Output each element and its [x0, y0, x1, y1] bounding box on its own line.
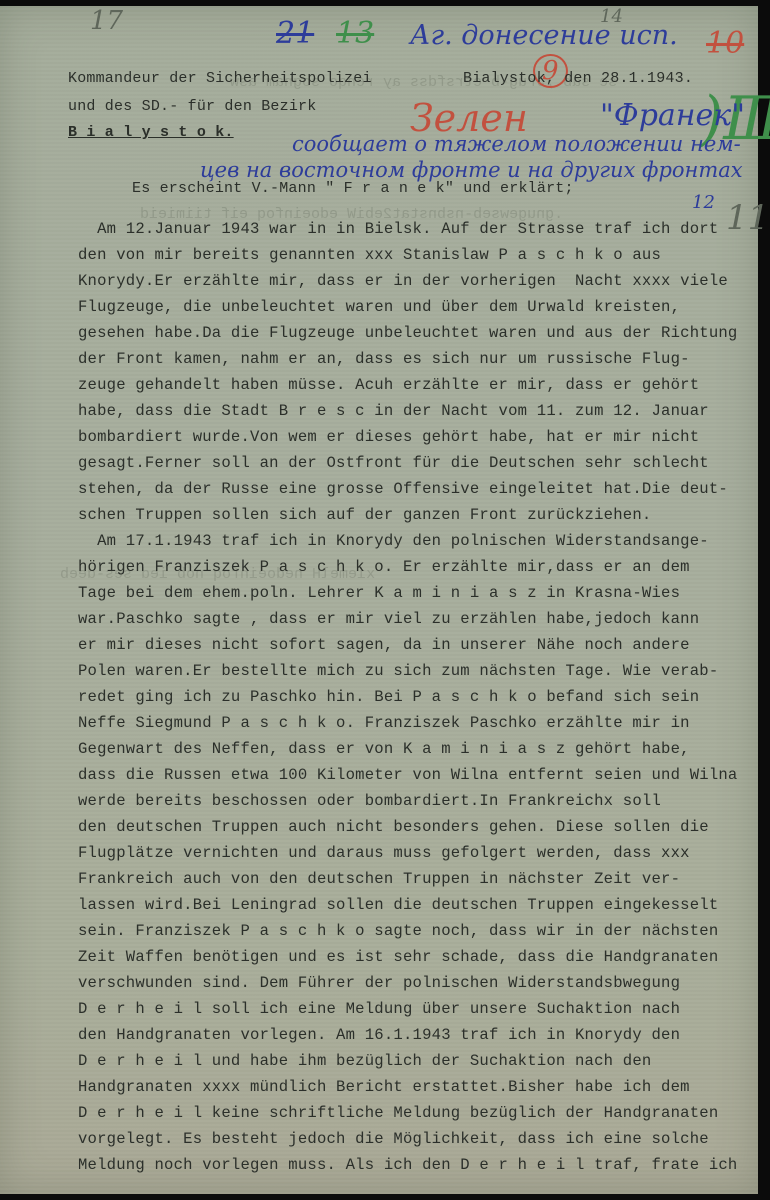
- body-line: werde bereits beschossen oder bombardier…: [78, 792, 661, 810]
- handwritten-agent-name: "Франек": [600, 98, 745, 133]
- document-page: se sab ,Jrug-b etrsfdss ay renqo sognam …: [0, 6, 758, 1194]
- body-line: bombardiert wurde.Von wem er dieses gehö…: [78, 428, 699, 446]
- body-line: Am 12.Januar 1943 war in in Bielsk. Auf …: [78, 220, 718, 238]
- body-line: gesehen habe.Da die Flugzeuge unbeleucht…: [78, 324, 738, 342]
- body-line: Gegenwart des Neffen, dass er von K a m …: [78, 740, 690, 758]
- body-line: vorgelegt. Es besteht jedoch die Möglich…: [78, 1130, 709, 1148]
- body-line: hörigen Franziszek P a s c h k o. Er erz…: [78, 558, 690, 576]
- body-line: gesagt.Ferner soll an der Ostfront für d…: [78, 454, 709, 472]
- body-line: D e r h e i l und habe ihm bezüglich der…: [78, 1052, 651, 1070]
- margin-number-11: 11: [726, 198, 769, 238]
- body-line: Handgranaten xxxx mündlich Bericht ersta…: [78, 1078, 690, 1096]
- sender-line-1: Kommandeur der Sicherheitspolizei: [68, 70, 372, 87]
- body-line: Knorydy.Er erzählte mir, dass er in der …: [78, 272, 728, 290]
- body-line: Neffe Siegmund P a s c h k o. Franziszek…: [78, 714, 690, 732]
- margin-number-12: 12: [692, 192, 715, 213]
- body-line: Am 17.1.1943 traf ich in Knorydy den pol…: [78, 532, 709, 550]
- body-line: Flugzeuge, die unbeleuchtet waren und üb…: [78, 298, 680, 316]
- red-crossed-number: 10: [706, 26, 744, 61]
- body-line: sein. Franziszek P a s c h k o sagte noc…: [78, 922, 718, 940]
- archive-number-17: 17: [90, 6, 123, 36]
- sender-line-2: und des SD.- für den Bezirk: [68, 98, 316, 115]
- sender-line-3: B i a l y s t o k.: [68, 124, 234, 141]
- body-line: lassen wird.Bei Leningrad sollen die deu…: [78, 896, 718, 914]
- intro-line: Es erscheint V.-Mann " F r a n e k" und …: [132, 180, 574, 197]
- russian-summary-line-2: цев на восточном фронте и на других фрон…: [200, 158, 743, 182]
- body-line: Tage bei dem ehem.poln. Lehrer K a m i n…: [78, 584, 680, 602]
- body-line: dass die Russen etwa 100 Kilometer von W…: [78, 766, 738, 784]
- body-line: redet ging ich zu Paschko hin. Bei P a s…: [78, 688, 699, 706]
- place-and-date: Bialystok, den 28.1.1943.: [463, 70, 693, 87]
- body-line: D e r h e i l keine schriftliche Meldung…: [78, 1104, 718, 1122]
- russian-summary-line-1: сообщает о тяжелом положении нем-: [292, 132, 741, 156]
- crossed-number-21: 21: [276, 16, 314, 51]
- body-line: Zeit Waffen benötigen und es ist sehr sc…: [78, 948, 718, 966]
- body-line: zeuge gehandelt haben müsse. Acuh erzähl…: [78, 376, 699, 394]
- crossed-number-13: 13: [336, 16, 374, 51]
- russian-document-title: Аг. донесение исп.: [410, 20, 678, 51]
- body-line: Frankreich auch von den deutschen Truppe…: [78, 870, 680, 888]
- body-line: Meldung noch vorlegen muss. Als ich den …: [78, 1156, 738, 1174]
- body-line: schen Truppen sollen sich auf der ganzen…: [78, 506, 651, 524]
- page-number-14: 14: [600, 6, 623, 27]
- body-line: den von mir bereits genannten xxx Stanis…: [78, 246, 661, 264]
- body-line: den Handgranaten vorlegen. Am 16.1.1943 …: [78, 1026, 680, 1044]
- body-line: verschwunden sind. Dem Führer der polnis…: [78, 974, 680, 992]
- body-line: er mir dieses nicht sofort sagen, da in …: [78, 636, 690, 654]
- body-line: D e r h e i l soll ich eine Meldung über…: [78, 1000, 680, 1018]
- body-line: stehen, da der Russe eine grosse Offensi…: [78, 480, 728, 498]
- body-line: war.Paschko sagte , dass er mir viel zu …: [78, 610, 699, 628]
- body-line: der Front kamen, nahm er an, dass es sic…: [78, 350, 690, 368]
- body-line: habe, dass die Stadt B r e s c in der Na…: [78, 402, 709, 420]
- body-line: Polen waren.Er bestellte mich zu sich zu…: [78, 662, 718, 680]
- body-line: den deutschen Truppen auch nicht besonde…: [78, 818, 709, 836]
- body-line: Flugplätze vernichten und daraus muss ge…: [78, 844, 690, 862]
